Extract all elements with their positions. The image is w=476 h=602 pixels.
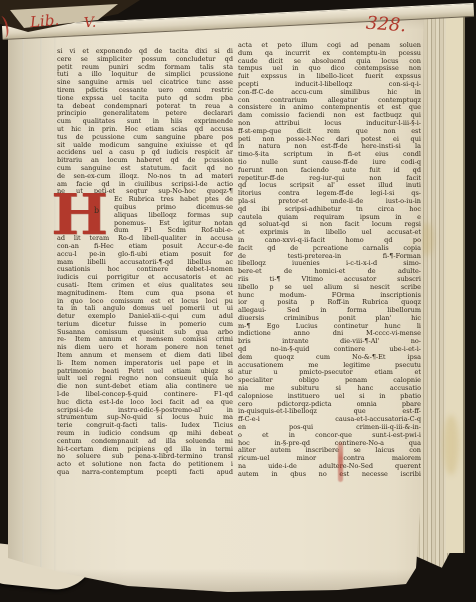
text-line: indictione anno dni M-cccc-vi-mense	[238, 330, 421, 338]
text-column-left: si vi et exponendo qd de tacita dixi si …	[57, 48, 233, 477]
text-line: Susanna comissum quesiuit sub qua arbo	[57, 329, 233, 337]
text-line: accidens uel a casu p qd iudicis respici…	[57, 149, 233, 157]
text-line: pla-si pretor-et unde-ii-de iust-o-iu-in	[238, 198, 421, 206]
text-line: atur u pmicto-psecutor etiam et	[238, 369, 421, 377]
text-line: nia me subituru si hanc accusatio	[238, 385, 421, 393]
text-line: ut hic in prin. Hoc etiam scias qd accus…	[57, 126, 233, 134]
cover-stain	[443, 415, 459, 475]
text-line: repetitur-ff-de reg-iur-qui non facit	[238, 175, 421, 183]
text-line: facit qd de pcreatione carnalis copia	[238, 245, 421, 253]
text-line: fuerunt non faciendo aute fuit id qd	[238, 167, 421, 175]
text-line: de testi-preterea-in fi-¶-Forman	[238, 253, 421, 261]
text-line: cero pdictorqz-pdicta omnia pbare	[238, 401, 421, 409]
paragraph-one: si vi et exponendo qd de tacita dixi si …	[57, 48, 233, 196]
gutter-crease	[40, 32, 42, 572]
text-line: Ec Rubrica tres habet ptes de	[114, 196, 233, 204]
text-line: ff-C-e-i causa-et-l-accusatoria-C-q	[238, 416, 421, 424]
text-line: con-ff-C-de accu-cum similibus hic in	[238, 89, 421, 97]
text-line: peti non posse-l-Nec dari potest ei qui	[238, 136, 421, 144]
text-line: li- Item nomen imperatoris uel pape et i…	[57, 360, 233, 368]
text-line: specialiter obligo penam calopnie	[238, 377, 421, 385]
text-line: cere se simpliciter possum concludetur q…	[57, 56, 233, 64]
text-line: no soluere sub pena-x-librd-termino tran…	[57, 453, 233, 461]
text-line: uult uel regni regno non consueuit quia …	[57, 375, 233, 383]
book-photo: Lib. V. 328. si vi et exponendo qd de ta…	[0, 0, 476, 602]
text-line: con contrarium allegatur contemptuqz	[238, 97, 421, 105]
text-line: aliquas libelloqz formas sup	[114, 212, 233, 220]
text-line: dem quoqz cum No-&-¶-Et ipsa	[238, 354, 421, 362]
text-line: acta et peto illum cogi ad penam soluen	[238, 42, 421, 50]
red-ink-streak	[338, 442, 343, 482]
text-line: in-quisquis-et-l-libelloqz que est-ff-	[238, 408, 421, 416]
text-line: l-de libel-concep-§-quid continere- F1-q…	[57, 391, 233, 399]
text-line: centum condempnauit ad illa soluenda mi	[57, 438, 233, 446]
text-line: cusationis hoc continere debet-l-nomen	[57, 266, 233, 274]
text-line: re- Item annum et mensem comissi crimi	[57, 336, 233, 344]
text-line: qua narra-contemptum pcepti facti apud	[57, 469, 233, 477]
paragraph-two: ad lit teram Ro-d libell-qualiter in acc…	[57, 235, 233, 477]
text-line: dum qa incurrit ex contemptu-in pcessu	[238, 50, 421, 58]
text-line: petit reum puniri scdm formam talis sta	[57, 64, 233, 72]
text-line: hoc in-§-pre-qd continere-No-a qua	[238, 440, 421, 448]
folio-number-annotation: 328.	[365, 13, 406, 37]
text-line: cautela quiam requiram ipsum in e	[238, 214, 421, 222]
text-line: die non sunt-debet etiam alia continere …	[57, 383, 233, 391]
text-line: tempus uel in quo dico contempsisse non	[238, 65, 421, 73]
text-line: tus de pcussione cum sanguine pbare pos	[57, 134, 233, 142]
text-line: diuersis criminibus ponit plan' hic	[238, 315, 421, 323]
text-line: bitrariu an locum haberet qd de pcussion	[57, 157, 233, 165]
text-line: qd soluat-qd si non facit locum regsi	[238, 221, 421, 229]
gutter-crease	[54, 32, 56, 572]
text-line: in natura non est-ff-de here-insti-si la	[238, 143, 421, 151]
text-line: tione expssa uel tacita puto qd scdm pba	[57, 95, 233, 103]
text-line: reum in iudicio condsum qp mihi debeat	[57, 430, 233, 438]
text-line: principio generalitatem petere declarari	[57, 110, 233, 118]
text-line: ricum-uel minor contra maiorem	[238, 455, 421, 463]
text-line: cusati- Item crimen et eius qualitates s…	[57, 282, 233, 290]
drop-cap-lines: Ec Rubrica tres habet ptes dequibus prim…	[114, 196, 233, 235]
text-line: accu-l pe-in glo-fi-ubi etiam posuit for	[57, 251, 233, 259]
text-line: scripsi-i-de instru-edic-§-postremo-al' …	[57, 407, 233, 415]
text-line: Item annum et mensem et diem dati libel	[57, 352, 233, 360]
text-line: terie congruit-q-facti talis- Iudex Tici…	[57, 422, 233, 430]
text-line: cum qualitates sunt in hiis exprimende	[57, 118, 233, 126]
text-line: nis diem uero et horam ponere non tenet	[57, 344, 233, 352]
text-line: tuti a illo loquitur de simplici pcussio…	[57, 71, 233, 79]
drop-cap-initial: H	[51, 190, 108, 240]
text-line: dum F1 Scdm Rof-ubi-e-	[114, 227, 233, 235]
text-line: in cano-xxvi-q-ii-facit homo qd po	[238, 237, 421, 245]
text-line: strumentum sup-No-quid si locus huic ma	[57, 414, 233, 422]
text-line: dam comissio faciendi non est factbuqz q…	[238, 112, 421, 120]
text-line: autem in qbus no est necesse iscribi	[238, 471, 421, 479]
text-line: caude dicit se absoluend quia locus con	[238, 58, 421, 66]
text-line: ponemus- Est igitur notan	[114, 220, 233, 228]
text-line: accusationem me legitime psecutu	[238, 362, 421, 370]
text-line: qd ibi scripsi-adhibetur tn circa hoc	[238, 206, 421, 214]
text-line: timo-§-ita scriptum in fi-et eius condl	[238, 151, 421, 159]
text-line: consistere in animo contempnentis et est…	[238, 104, 421, 112]
text-line: acto et solutione non facta do petitione…	[57, 461, 233, 469]
text-line: et exprimis in libello uel accusat-et	[238, 229, 421, 237]
text-line: non attribui locus inducitur-l-iii-§-i-	[238, 120, 421, 128]
rubricated-paragraph: H b Ec Rubrica tres habet ptes dequibus …	[57, 196, 233, 235]
text-line: libello p se uel alium si nescit scribe	[238, 284, 421, 292]
text-line: hi-t-certam diem pcipiens qd illa in ter…	[57, 446, 233, 454]
text-line: qd locus scripsit al' esset illud inuti	[238, 182, 421, 190]
text-line: riis ti-¶ Vltimo accusator subscri	[238, 276, 421, 284]
text-line: huc dicta est-l-de loco loci facit ad ea…	[57, 399, 233, 407]
text-line: ior q posita p Roff-in Rubrica quoqz	[238, 299, 421, 307]
text-line: detur exemplo Daniel-xii-c-qui cum adul	[57, 313, 233, 321]
text-line: cum sanguine est statutum. facit qd no	[57, 165, 233, 173]
text-line: sit ualde modicum sanguine exiuisse et q…	[57, 142, 233, 150]
text-line: ta in tali angulo domus uel pomerii ut u…	[57, 305, 233, 313]
text-line: ff-st-emp-que dicit rem que non est	[238, 128, 421, 136]
text-line: en pos-qui crimen-iii-q-iii-&-in-	[238, 424, 421, 432]
text-line: bere-et de homici-et de adulte-	[238, 268, 421, 276]
gutter-crease	[22, 32, 24, 572]
library-annotation-volume: V.	[83, 15, 96, 32]
text-line: iudicis cui porrigitur et accusatoris et…	[57, 274, 233, 282]
text-line: tirem pdictis cessante uero omni restric	[57, 87, 233, 95]
guide-letter: b	[94, 206, 99, 215]
text-column-right: acta et peto illum cogi ad penam soluend…	[238, 42, 421, 479]
library-annotation-book: Lib.	[29, 11, 60, 31]
text-line: litorius contra legem-ff-de legi-l-si qs…	[238, 190, 421, 198]
text-line: quibus primo dicemus-se	[114, 204, 233, 212]
text-line: m-¶ Ego Lucius continetur hunc li	[238, 323, 421, 331]
text-line: allegaui- Sed in forma libellorum	[238, 307, 421, 315]
text-line: pcepti inducit-l-libelloqz con-si-q-i-	[238, 81, 421, 89]
text-line: terium dicetur fuisse in pomerio cum	[57, 321, 233, 329]
text-line: magnitudinem- Item cum qua psona et	[57, 290, 233, 298]
text-line: libelloqz iuuenies i-c-ti-x-i-d simo-	[238, 260, 421, 268]
text-line: o et in concor-que sunt-i-est-pwi-i	[238, 432, 421, 440]
text-line: mam libelli accusatorii-¶-qd libellus ac	[57, 259, 233, 267]
text-line: ta debeat condempnari poterat tn reua a	[57, 103, 233, 111]
text-line: calopniose instituero uel si in pbatio	[238, 393, 421, 401]
text-line: sine sanguine armis uel cicatrice tunc a…	[57, 79, 233, 87]
text-line: de sen-ex-cum illoqz. No-nos tn ad mater…	[57, 173, 233, 181]
text-line: fuit expssus in libello-licet fuerit exp…	[238, 73, 421, 81]
text-line: qd no-in-§-quid continere ube-i-et-i-	[238, 346, 421, 354]
right-column-text: acta et peto illum cogi ad penam soluend…	[238, 42, 421, 479]
text-line: aliter autem inscribere se laicus con	[238, 447, 421, 455]
text-line: hunc modum- FOrma inscriptionis	[238, 292, 421, 300]
text-line: si vi et exponendo qd de tacita dixi si …	[57, 48, 233, 56]
text-line: in quo loco comissum est et locus loci p…	[57, 298, 233, 306]
text-line: na uide-i-de adultere-No-Sed querent	[238, 463, 421, 471]
text-line: tio nulle sunt cause-ff-de iure codi-q	[238, 159, 421, 167]
text-line: patrimonio beati Petri uel etiam ubiqz s…	[57, 368, 233, 376]
text-line: bris intrante die-viii-¶-Al' no-	[238, 338, 421, 346]
